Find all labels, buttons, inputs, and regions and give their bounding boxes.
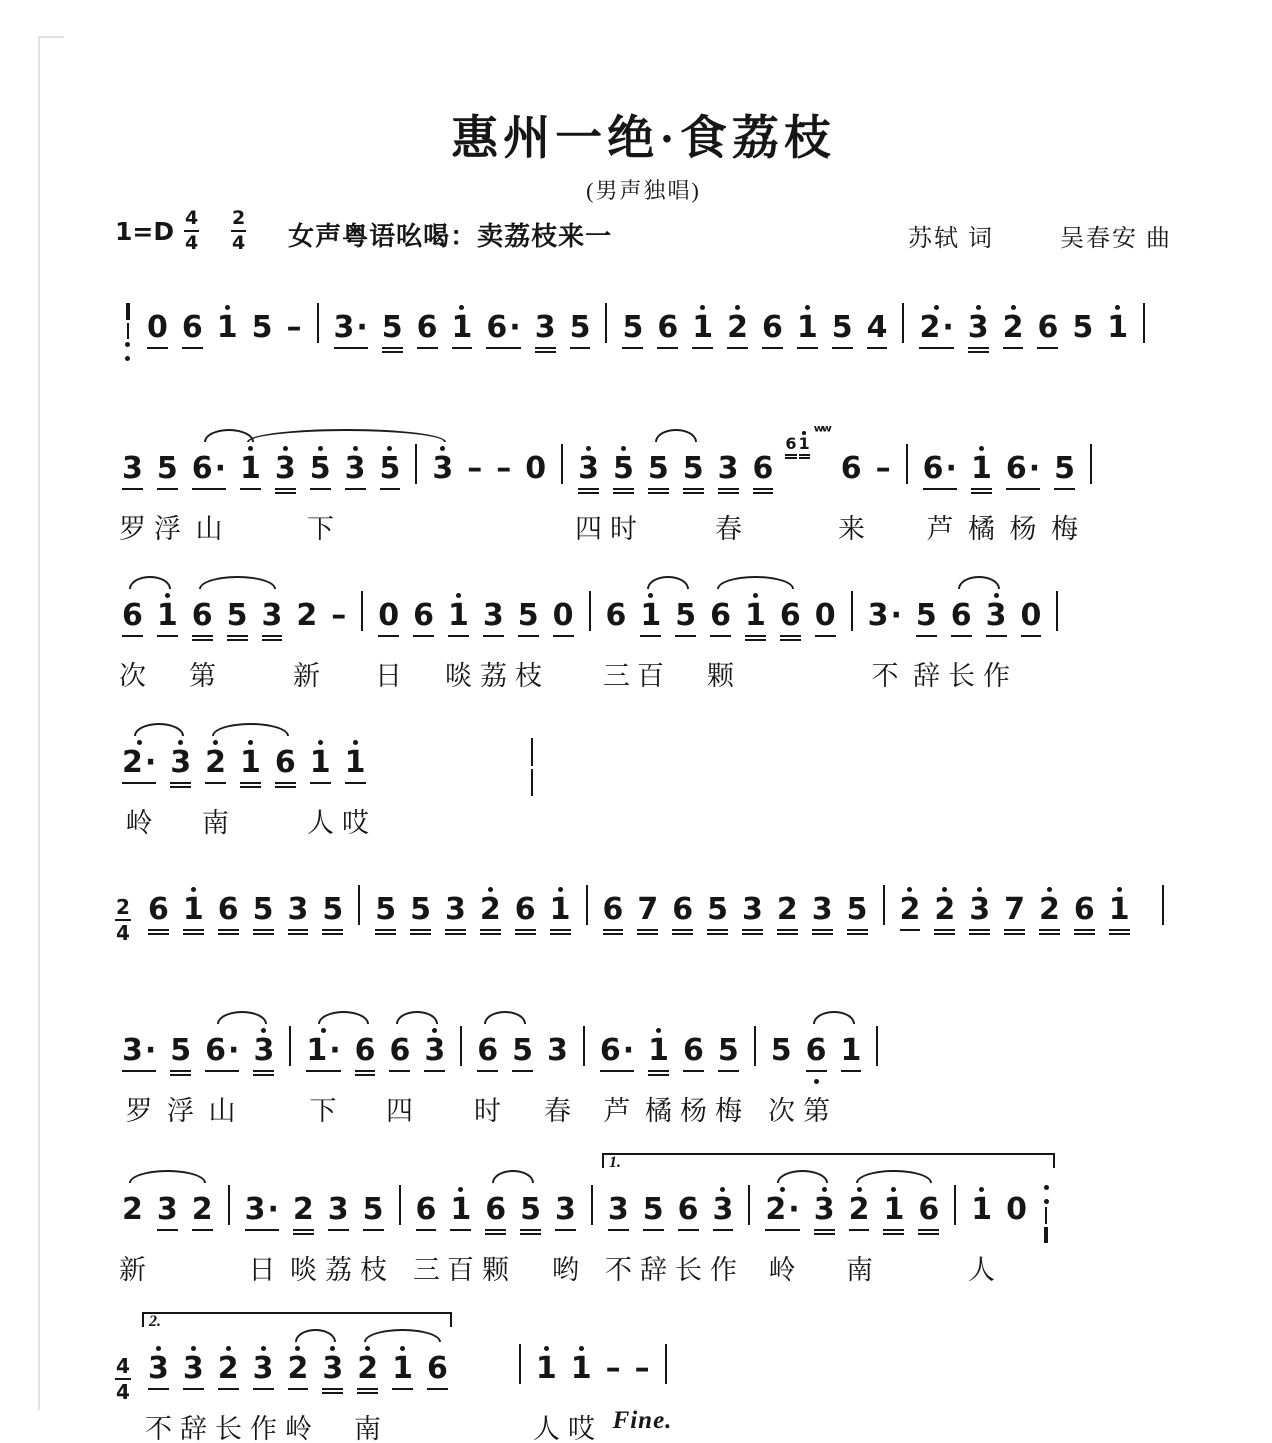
barline: [906, 444, 908, 502]
note-number: 5: [847, 894, 868, 926]
note: 1: [971, 444, 992, 503]
note: 1: [841, 1026, 862, 1085]
duration-underlines: [227, 632, 248, 642]
note: 3: [183, 1344, 204, 1403]
lyric-syllable: 颗: [482, 1248, 509, 1287]
duration-underlines: [467, 485, 482, 495]
note-number: 1: [240, 453, 261, 485]
lyric-syllable: 人: [968, 1248, 995, 1287]
note-number: 6: [182, 312, 203, 344]
note: 2·: [919, 303, 953, 362]
note: 0: [815, 591, 836, 650]
note-number: 3·: [122, 1035, 156, 1067]
lyric-syllable: 橘: [968, 507, 995, 546]
duration-underlines: [424, 1067, 445, 1077]
duration-underlines: [606, 632, 627, 642]
slur-arc: [212, 723, 288, 736]
note-number: 3: [183, 1353, 204, 1385]
volta-bracket: 2.: [142, 1312, 452, 1327]
barline-stroke: [126, 303, 130, 320]
duration-underlines: [122, 485, 143, 495]
duration-underlines: [675, 632, 696, 642]
note: 2: [218, 1344, 239, 1403]
barline: [876, 1026, 878, 1084]
note: 5: [252, 303, 273, 362]
note: 6: [672, 885, 693, 944]
duration-underlines: [345, 779, 366, 789]
note: 2: [777, 885, 798, 944]
credits: 苏轼 词 吴春安 曲: [908, 218, 1172, 253]
duration-underlines: [413, 632, 434, 642]
duration-underlines: [797, 344, 818, 354]
meta-row: 1=D 4 4 2 4 女声粤语吆喝：卖荔枝来一 苏轼 词 吴春安 曲: [115, 209, 1172, 253]
note: 5: [1054, 444, 1075, 503]
note: 1: [550, 885, 571, 944]
lyric-syllable: 人: [533, 1407, 560, 1443]
music-line: 4433232321611––2.不辞长作岭南人哎Fine.: [115, 1308, 1172, 1443]
note: 6: [951, 591, 972, 650]
augmentation-dot: ·: [509, 310, 520, 345]
note-number: 5: [916, 600, 937, 632]
note-number: –: [467, 453, 482, 485]
note-number: 0: [378, 600, 399, 632]
lyrics-row: 次第新日啖荔枝三百颗不辞长作: [115, 652, 1172, 696]
note-number: 5: [675, 600, 696, 632]
barline-stroke: [399, 1185, 401, 1225]
note: 3: [968, 303, 989, 362]
note: 3: [122, 444, 143, 503]
duration-underlines: [608, 1226, 629, 1236]
note: 3·: [122, 1026, 156, 1085]
note-number: 3: [328, 1194, 349, 1226]
barline: [317, 303, 319, 361]
barline: [1162, 885, 1164, 943]
dash-note: –: [606, 1344, 621, 1403]
note: 5: [847, 885, 868, 944]
barline-stroke: [289, 1026, 291, 1066]
lyric-syllable: 百: [447, 1248, 474, 1287]
lyric-syllable: 不: [605, 1248, 632, 1287]
duration-underlines: [218, 1385, 239, 1395]
duration-underlines: [262, 632, 283, 642]
slur-arc: [318, 1011, 369, 1024]
slur-arc: [856, 1170, 931, 1183]
note-number: 2: [900, 894, 921, 926]
lyric-syllable: 不: [145, 1407, 172, 1443]
duration-underlines: [157, 632, 178, 642]
duration-underlines: [122, 1067, 156, 1077]
duration-underlines: [293, 1226, 314, 1236]
augmentation-dot: ·: [942, 310, 953, 345]
duration-underlines: [310, 485, 331, 495]
note-number: 2: [218, 1353, 239, 1385]
slur-arc: [129, 1170, 205, 1183]
barline: [361, 591, 363, 649]
note-number: 3: [969, 894, 990, 926]
note: 6: [515, 885, 536, 944]
note: 6: [192, 591, 213, 650]
barline-stroke: [851, 591, 853, 631]
note: 1: [452, 303, 473, 362]
duration-underlines: [518, 632, 539, 642]
note: 1: [571, 1344, 592, 1403]
note-number: 6: [218, 894, 239, 926]
lyric-syllable: 不: [872, 654, 899, 693]
barline-stroke: [583, 1026, 585, 1066]
lyrics-row: 岭南人哎: [115, 799, 1172, 843]
note-number: 3·: [868, 600, 902, 632]
notes-row: 616532–06135061561603·5630: [115, 567, 1172, 650]
barline-stroke: [902, 303, 904, 343]
lyric-syllable: 日: [375, 654, 402, 693]
note: 2: [849, 1185, 870, 1244]
note-number: 1: [448, 600, 469, 632]
duration-underlines: [847, 926, 868, 936]
slur-arc: [813, 1011, 854, 1024]
note: 1: [536, 1344, 557, 1403]
duration-underlines: [122, 1226, 143, 1236]
duration-underlines: [1107, 344, 1128, 354]
duration-underlines: [971, 1226, 992, 1236]
note: 5: [643, 1185, 664, 1244]
note: 5: [622, 303, 643, 362]
duration-underlines: [450, 1226, 471, 1236]
barline-stroke: [1045, 1207, 1047, 1224]
augmentation-dot: ·: [145, 745, 156, 780]
lyric-syllable: 浮: [154, 507, 181, 546]
music-line: 0615–3·5616·35561261542·32651: [115, 279, 1172, 362]
volta-bracket: 1.: [602, 1153, 1055, 1168]
note-number: 1: [536, 1353, 557, 1385]
duration-underlines: [812, 926, 833, 936]
barline-stroke: [754, 1026, 756, 1066]
note-number: 1: [452, 312, 473, 344]
note: 3: [814, 1185, 835, 1244]
note-number: 3: [253, 1353, 274, 1385]
barline: [586, 885, 588, 943]
note: 6: [710, 591, 731, 650]
augmentation-dot: ·: [145, 1033, 156, 1068]
duration-underlines: [252, 344, 273, 354]
lyric-syllable: 下: [307, 507, 334, 546]
duration-underlines: [867, 344, 888, 354]
augmentation-dot: ·: [946, 451, 957, 486]
note-number: 2: [293, 1194, 314, 1226]
slur-arc: [655, 429, 696, 442]
note-number: 5: [1054, 453, 1075, 485]
lyric-syllable: 新: [293, 654, 320, 693]
barline-stroke: [586, 885, 588, 925]
note-number: 3: [345, 453, 366, 485]
note: 2: [727, 303, 748, 362]
note: 6·: [600, 1026, 634, 1085]
duration-underlines: [849, 1226, 870, 1236]
note: 5: [157, 444, 178, 503]
note-number: 6·: [486, 312, 520, 344]
low-octave-dot: [814, 1079, 819, 1084]
low-octave-dot-slot: [814, 1077, 819, 1085]
note-number: 2: [727, 312, 748, 344]
duration-underlines: [635, 1385, 650, 1395]
duration-underlines: [245, 1226, 279, 1236]
note-number: –: [635, 1353, 650, 1385]
song-subtitle: (男声独唱): [115, 174, 1172, 205]
grace-note: 1: [799, 430, 810, 459]
note-number: 1: [157, 600, 178, 632]
note-number: 6: [762, 312, 783, 344]
barline: [591, 1185, 593, 1243]
duration-underlines: [355, 1067, 376, 1077]
duration-underlines: [432, 485, 453, 495]
note-number: 1: [392, 1353, 413, 1385]
lyric-syllable: 罗: [126, 1089, 153, 1128]
note: 0: [525, 444, 546, 503]
music-lines: 0615–3·5616·35561261542·32651356·135353–…: [115, 279, 1172, 1443]
note-number: 5: [157, 453, 178, 485]
note-number: 1: [883, 1194, 904, 1226]
duration-underlines: [205, 1067, 239, 1077]
duration-underlines: [192, 632, 213, 642]
note: 5: [613, 444, 634, 503]
note: 1: [883, 1185, 904, 1244]
note-number: 6: [672, 894, 693, 926]
duration-underlines: [951, 632, 972, 642]
augmentation-dot: ·: [623, 1033, 634, 1068]
duration-underlines: [1004, 926, 1025, 936]
note-number: 5: [380, 453, 401, 485]
duration-underlines: [410, 926, 431, 936]
note: 5: [675, 591, 696, 650]
lyric-syllable: 日: [249, 1248, 276, 1287]
lyric-syllable: 四: [575, 507, 602, 546]
note: 2·: [765, 1185, 799, 1244]
lyric-syllable: 时: [474, 1089, 501, 1128]
note-number: 6: [753, 453, 774, 485]
note: 6: [606, 591, 627, 650]
lyric-syllable: 长: [215, 1407, 242, 1443]
augmentation-dot: ·: [268, 1192, 279, 1227]
note: 3: [742, 885, 763, 944]
slur-arc: [217, 1011, 267, 1024]
barline-stroke: [361, 591, 363, 631]
lyric-syllable: 时: [610, 507, 637, 546]
note: 4: [867, 303, 888, 362]
note: 5: [253, 885, 274, 944]
duration-underlines: [310, 779, 331, 789]
note: 1: [240, 444, 261, 503]
duration-underlines: [745, 632, 766, 642]
time-signature: 44: [115, 1356, 131, 1402]
notes-row: 4433232321611––2.: [115, 1308, 1172, 1403]
note: 1: [392, 1344, 413, 1403]
note: 2: [122, 1185, 143, 1244]
note: 3: [483, 591, 504, 650]
slur-arc: [295, 1329, 335, 1342]
note: 6: [762, 303, 783, 362]
note-number: 3: [424, 1035, 445, 1067]
lyric-syllable: 岭: [126, 801, 153, 840]
lyric-syllable: 浮: [167, 1089, 194, 1128]
note-number: 1: [1109, 894, 1130, 926]
note-number: 2: [296, 600, 317, 632]
note-number: 3: [547, 1035, 568, 1067]
note: 6: [182, 303, 203, 362]
note-number: 3: [608, 1194, 629, 1226]
duration-underlines: [382, 344, 403, 354]
duration-underlines: [683, 1067, 704, 1077]
duration-underlines: [841, 485, 862, 495]
note: 1: [648, 1026, 669, 1085]
note-number: 6: [477, 1035, 498, 1067]
note-number: 3: [157, 1194, 178, 1226]
lyric-syllable: 哎: [342, 801, 369, 840]
barline: [519, 1344, 521, 1402]
note-number: 2: [288, 1353, 309, 1385]
note-number: 3: [322, 1353, 343, 1385]
duration-underlines: [622, 344, 643, 354]
duration-underlines: [183, 926, 204, 936]
duration-underlines: [192, 485, 226, 495]
notes-row: 2·321611: [115, 714, 1172, 797]
duration-underlines: [986, 632, 1007, 642]
lyric-syllable: 哟: [552, 1248, 579, 1287]
note: 6: [355, 1026, 376, 1085]
duration-underlines: [969, 926, 990, 936]
note-number: 1: [799, 436, 810, 452]
lyric-syllable: 芦: [604, 1089, 631, 1128]
note: 1: [745, 591, 766, 650]
note-number: 5: [512, 1035, 533, 1067]
duration-underlines: [536, 1385, 557, 1395]
note-number: 1: [692, 312, 713, 344]
duration-underlines: [380, 485, 401, 495]
lyric-syllable: 长: [948, 654, 975, 693]
note-number: 3: [170, 747, 191, 779]
note: 6: [389, 1026, 410, 1085]
repeat-dots: [125, 342, 130, 361]
note-number: 6: [780, 600, 801, 632]
note-number: 3: [968, 312, 989, 344]
note-number: 6: [275, 747, 296, 779]
note-number: 5: [683, 453, 704, 485]
duration-underlines: [515, 926, 536, 936]
duration-underlines: [122, 632, 143, 642]
note: 6: [218, 885, 239, 944]
duration-underlines: [603, 926, 624, 936]
note: 3: [608, 1185, 629, 1244]
barline: [583, 1026, 585, 1084]
duration-underlines: [923, 485, 957, 495]
duration-underlines: [253, 926, 274, 936]
barline: [851, 591, 853, 649]
note: 2: [288, 1344, 309, 1403]
note-number: 6: [1037, 312, 1058, 344]
lyric-syllable: 南: [846, 1248, 873, 1287]
lyric-syllable: 哎: [568, 1407, 595, 1443]
note: 6: [413, 591, 434, 650]
note-number: 3: [555, 1194, 576, 1226]
note: 6: [780, 591, 801, 650]
note: 3: [445, 885, 466, 944]
barline: [902, 303, 904, 361]
lyric-syllable: 南: [202, 801, 229, 840]
note: 1: [450, 1185, 471, 1244]
lyric-syllable: 杨: [1010, 507, 1037, 546]
note-number: –: [606, 1353, 621, 1385]
duration-underlines: [240, 485, 261, 495]
note: 5: [648, 444, 669, 503]
lyric-syllable: 作: [250, 1407, 277, 1443]
duration-underlines: [550, 926, 571, 936]
lyric-syllable: 次: [768, 1089, 795, 1128]
note: 0: [553, 591, 574, 650]
duration-underlines: [157, 1226, 178, 1236]
duration-underlines: [205, 779, 226, 789]
note: 5: [916, 591, 937, 650]
note: 3: [969, 885, 990, 944]
note-number: 2: [1003, 312, 1024, 344]
duration-underlines: [916, 632, 937, 642]
note-number: 3: [535, 312, 556, 344]
note: 2: [934, 885, 955, 944]
duration-underlines: [806, 1067, 827, 1077]
note-number: 7: [637, 894, 658, 926]
barline: [1090, 444, 1092, 502]
time-signature-2-4: 2 4: [231, 209, 246, 253]
duration-underlines: [771, 1067, 792, 1077]
note: 3: [148, 1344, 169, 1403]
note-number: 0: [1006, 1194, 1027, 1226]
duration-underlines: [919, 344, 953, 354]
duration-underlines: [672, 926, 693, 936]
note-number: 2·: [122, 747, 156, 779]
barline-stroke: [228, 1185, 230, 1225]
barline-stroke: [519, 1344, 521, 1384]
note: 5: [832, 303, 853, 362]
barline-stroke: [954, 1185, 956, 1225]
note: 1: [1107, 303, 1128, 362]
duration-underlines: [900, 926, 921, 936]
note-number: 5: [648, 453, 669, 485]
slur-arc: [647, 576, 688, 589]
note-number: 6: [413, 600, 434, 632]
grace-note: 6: [785, 430, 796, 459]
note: 1: [640, 591, 661, 650]
duration-underlines: [322, 926, 343, 936]
music-line: 2323·2356165335632·3216101.新日啖荔枝三百颗哟不辞长作…: [115, 1149, 1172, 1290]
duration-underlines: [170, 1067, 191, 1077]
barline: [1056, 591, 1058, 649]
barline: [228, 1185, 230, 1243]
duration-underlines: [218, 926, 239, 936]
duration-underlines: [613, 485, 634, 495]
key-and-time-signature: 1=D 4 4 2 4: [115, 209, 246, 253]
slur-arc: [247, 429, 445, 442]
note-number: 2: [934, 894, 955, 926]
note-number: 1: [183, 894, 204, 926]
note-number: 3: [713, 1194, 734, 1226]
note-number: 5: [832, 312, 853, 344]
note: 5: [227, 591, 248, 650]
duration-underlines: [328, 1226, 349, 1236]
duration-underlines: [288, 926, 309, 936]
note: 1: [310, 738, 331, 797]
lyric-syllable: 辞: [640, 1248, 667, 1287]
note: 6: [148, 885, 169, 944]
note-number: 3: [812, 894, 833, 926]
note-number: –: [876, 453, 891, 485]
note-number: 5: [375, 894, 396, 926]
